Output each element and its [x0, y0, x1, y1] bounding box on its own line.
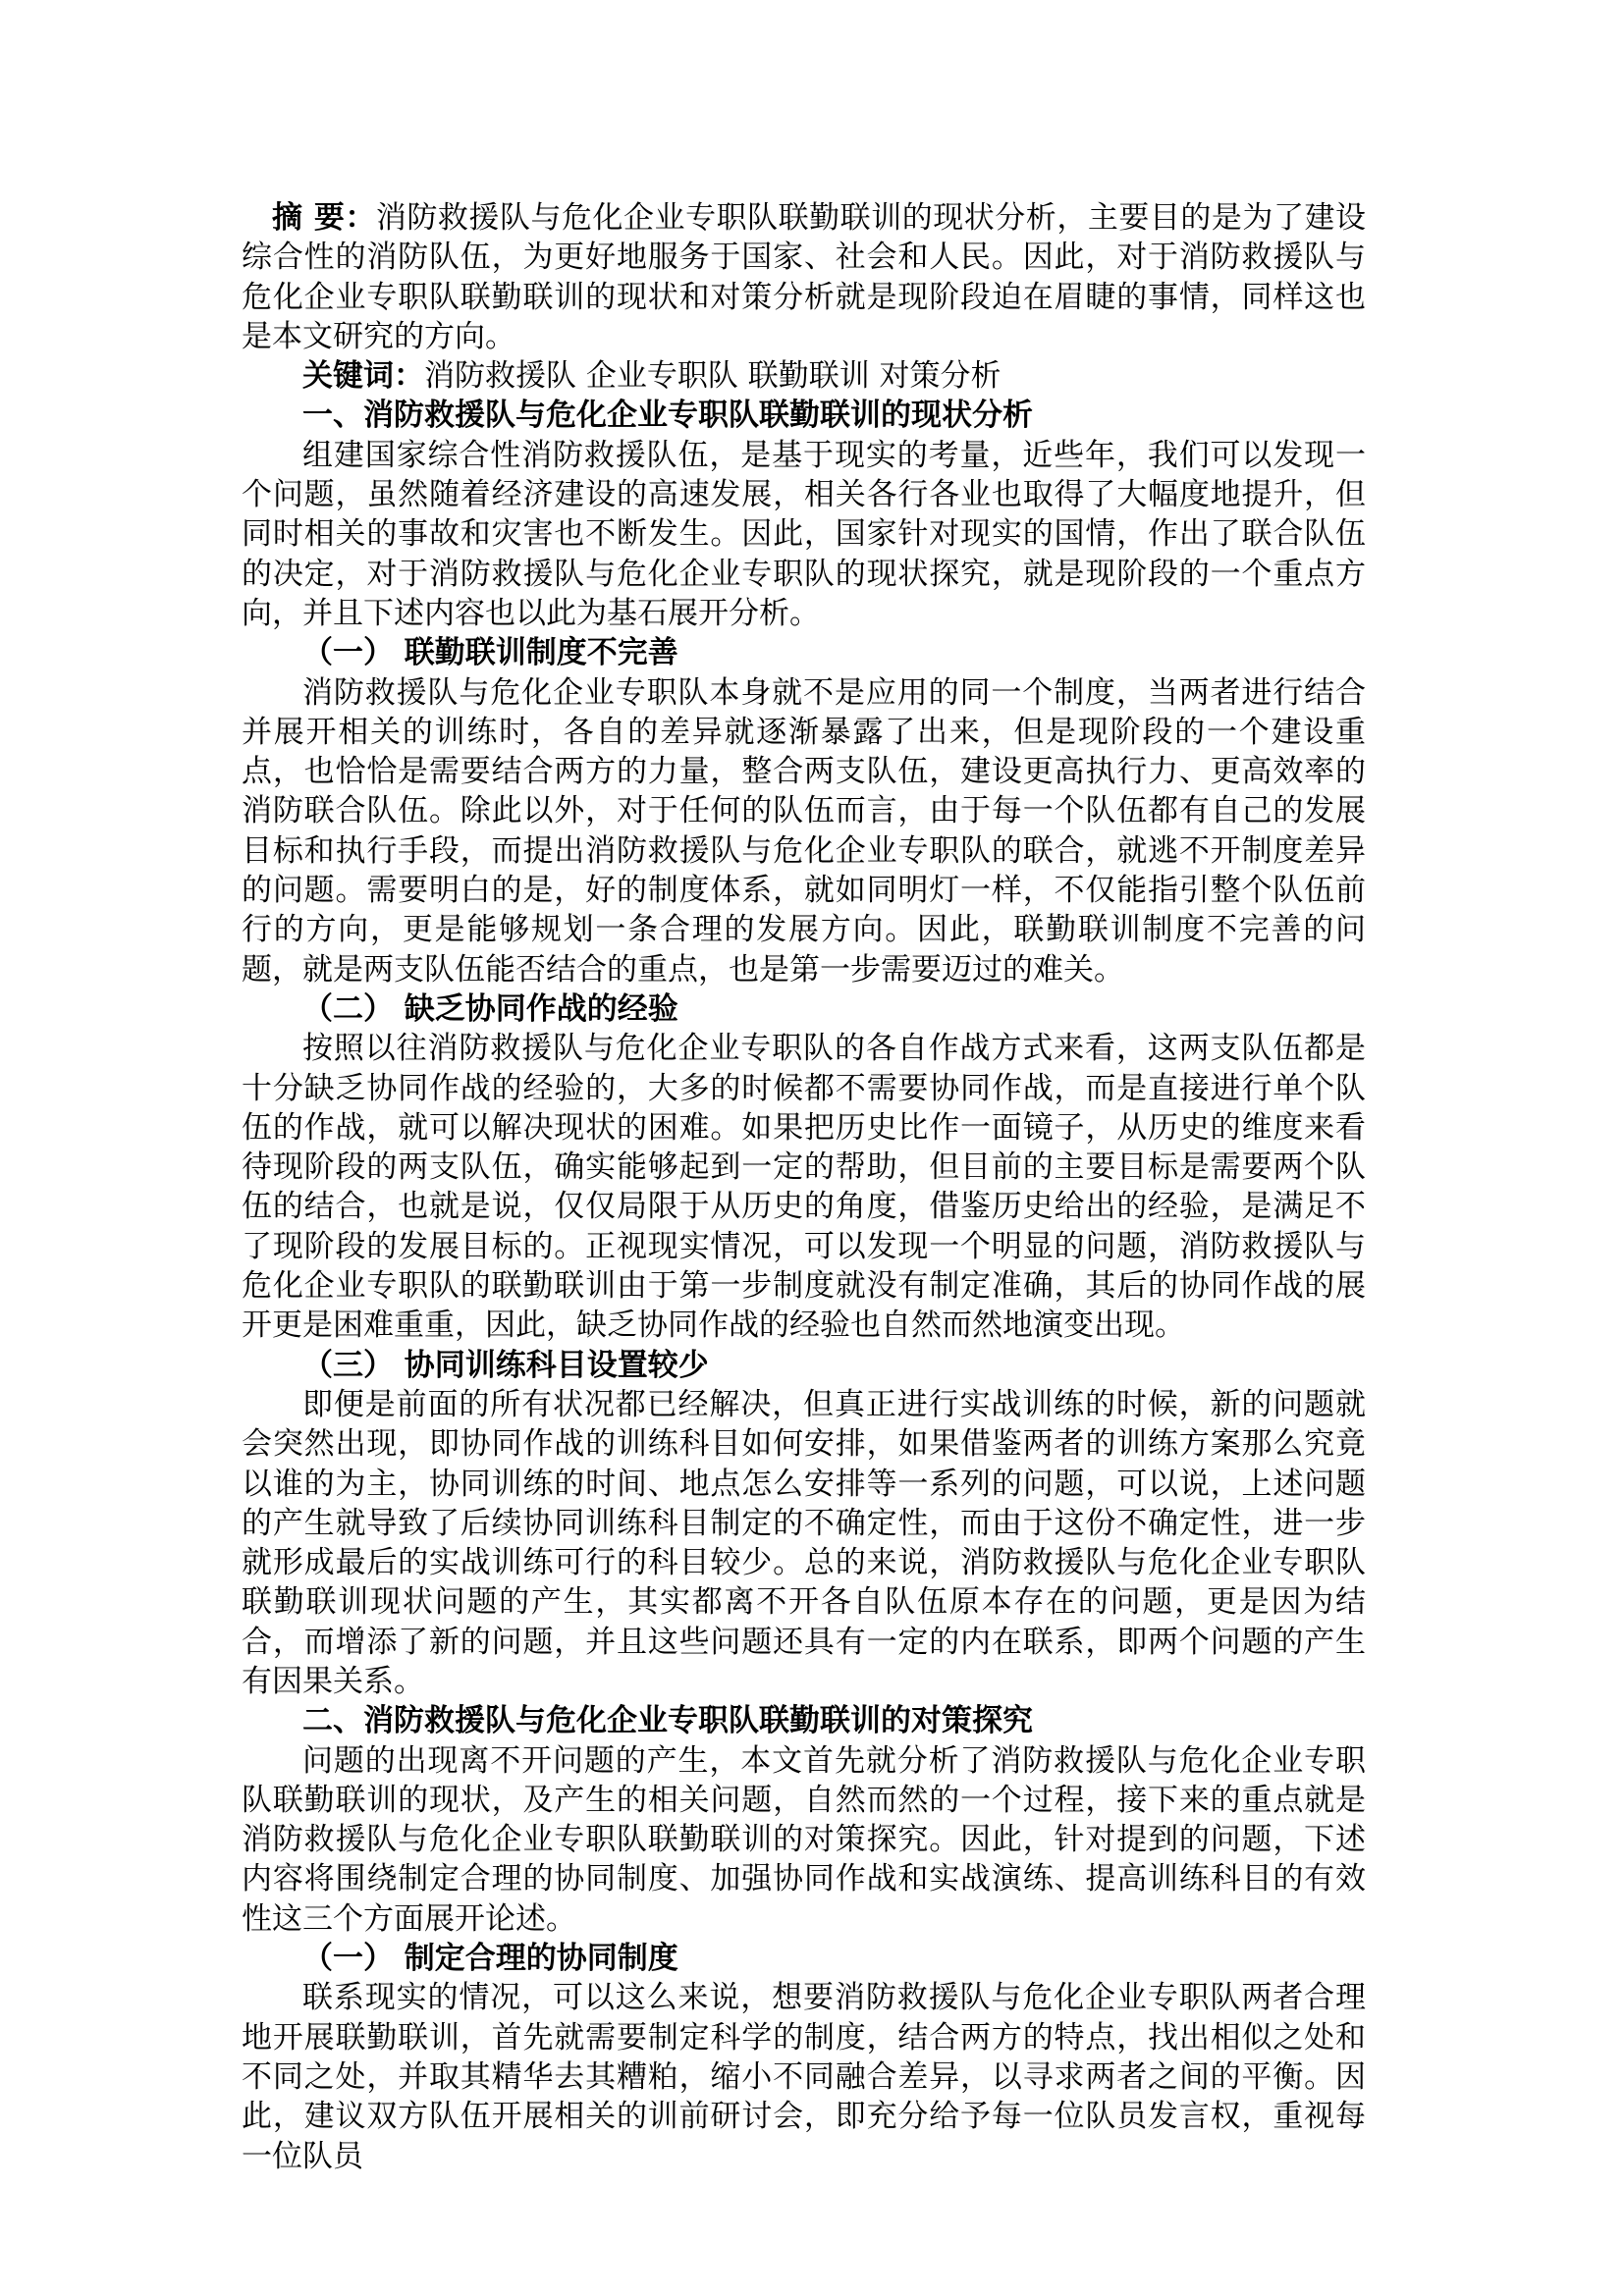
- section-heading: 一、消防救援队与危化企业专职队联勤联训的现状分析: [242, 396, 1366, 435]
- section-heading: 二、消防救援队与危化企业专职队联勤联训的对策探究: [242, 1701, 1366, 1740]
- subsection-heading: （一） 制定合理的协同制度: [242, 1939, 1366, 1978]
- body-paragraph: 消防救援队与危化企业专职队本身就不是应用的同一个制度，当两者进行结合并展开相关的…: [242, 673, 1366, 989]
- keywords-label: 关键词：: [302, 358, 424, 394]
- body-paragraph: 即便是前面的所有状况都已经解决，但真正进行实战训练的时候，新的问题就会突然出现，…: [242, 1385, 1366, 1701]
- abstract-paragraph: 摘 要：消防救援队与危化企业专职队联勤联训的现状分析，主要目的是为了建设综合性的…: [242, 198, 1366, 356]
- body-paragraph: 联系现实的情况，可以这么来说，想要消防救援队与危化企业专职队两者合理地开展联勤联…: [242, 1978, 1366, 2175]
- abstract-label: 摘 要：: [272, 200, 376, 236]
- keywords-line: 关键词：消防救援队 企业专职队 联勤联训 对策分析: [242, 356, 1366, 396]
- body-paragraph: 按照以往消防救援队与危化企业专职队的各自作战方式来看，这两支队伍都是十分缺乏协同…: [242, 1029, 1366, 1345]
- subsection-heading: （三） 协同训练科目设置较少: [242, 1346, 1366, 1385]
- subsection-heading: （一） 联勤联训制度不完善: [242, 633, 1366, 672]
- document-content: 摘 要：消防救援队与危化企业专职队联勤联训的现状分析，主要目的是为了建设综合性的…: [242, 198, 1366, 2176]
- document-page: 摘 要：消防救援队与危化企业专职队联勤联训的现状分析，主要目的是为了建设综合性的…: [0, 0, 1624, 2296]
- body-paragraph: 组建国家综合性消防救援队伍，是基于现实的考量，近些年，我们可以发现一个问题，虽然…: [242, 436, 1366, 633]
- subsection-heading: （二） 缺乏协同作战的经验: [242, 989, 1366, 1029]
- body-paragraph: 问题的出现离不开问题的产生，本文首先就分析了消防救援队与危化企业专职队联勤联训的…: [242, 1741, 1366, 1939]
